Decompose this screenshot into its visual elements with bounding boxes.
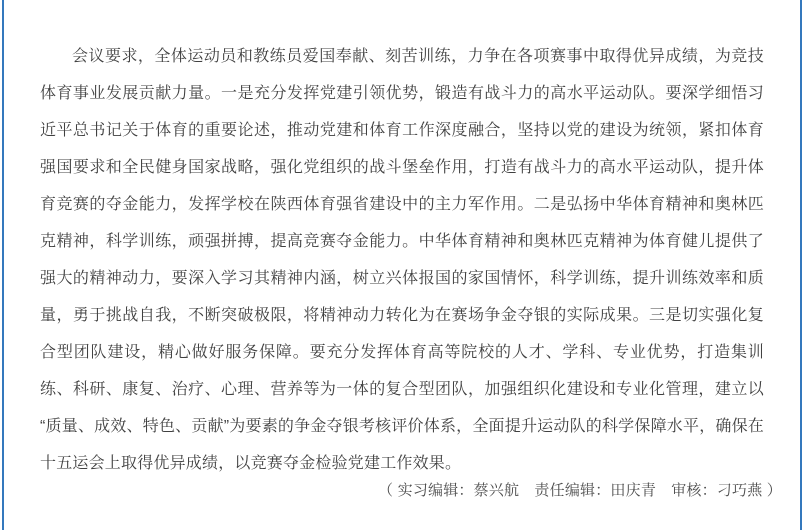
article-body: 会议要求，全体运动员和教练员爱国奉献、刻苦训练，力争在各项赛事中取得优异成绩，为… bbox=[40, 38, 764, 482]
frame-border-left bbox=[2, 0, 4, 530]
article-frame: 会议要求，全体运动员和教练员爱国奉献、刻苦训练，力争在各项赛事中取得优异成绩，为… bbox=[0, 0, 804, 530]
frame-border-right bbox=[800, 0, 802, 530]
editor-credits: （ 实习编辑：蔡兴航 责任编辑：田庆青 审核：刁巧燕 ） bbox=[40, 481, 782, 501]
article-paragraph: 会议要求，全体运动员和教练员爱国奉献、刻苦训练，力争在各项赛事中取得优异成绩，为… bbox=[40, 38, 764, 482]
